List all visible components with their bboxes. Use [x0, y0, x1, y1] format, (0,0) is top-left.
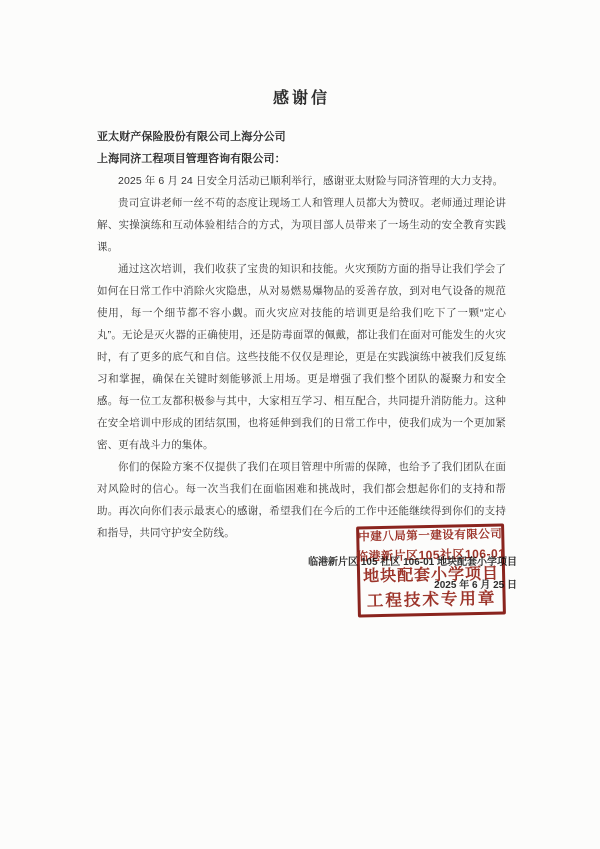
recipient-line-2: 上海同济工程项目管理咨询有限公司：	[97, 148, 506, 170]
stamp-company-name: 中建八局第一建设有限公司	[358, 529, 502, 545]
letter-page: 感谢信 亚太财产保险股份有限公司上海分公司 上海同济工程项目管理咨询有限公司： …	[0, 0, 600, 849]
letter-body: 亚太财产保险股份有限公司上海分公司 上海同济工程项目管理咨询有限公司： 2025…	[97, 126, 506, 544]
company-seal-stamp: 中建八局第一建设有限公司 临港新片区105社区106-01 地块配套小学项目 工…	[356, 523, 506, 617]
paragraph-instructor-praise: 贵司宣讲老师一丝不苟的态度让现场工人和管理人员都大为赞叹。老师通过理论讲解、实操…	[97, 192, 506, 258]
paragraph-training-gains: 通过这次培训，我们收获了宝贵的知识和技能。火灾预防方面的指导让我们学会了如何在日…	[97, 258, 506, 456]
stamp-project-line: 地块配套小学项目	[363, 565, 499, 587]
letter-title: 感谢信	[97, 85, 506, 108]
paragraph-opening: 2025 年 6 月 24 日安全月活动已顺利举行，感谢亚太财险与同济管理的大力…	[97, 170, 506, 192]
recipient-line-1: 亚太财产保险股份有限公司上海分公司	[97, 126, 506, 148]
stamp-seal-type-line: 工程技术专用章	[367, 589, 497, 612]
stamp-district-line: 临港新片区105社区106-01	[356, 546, 506, 563]
